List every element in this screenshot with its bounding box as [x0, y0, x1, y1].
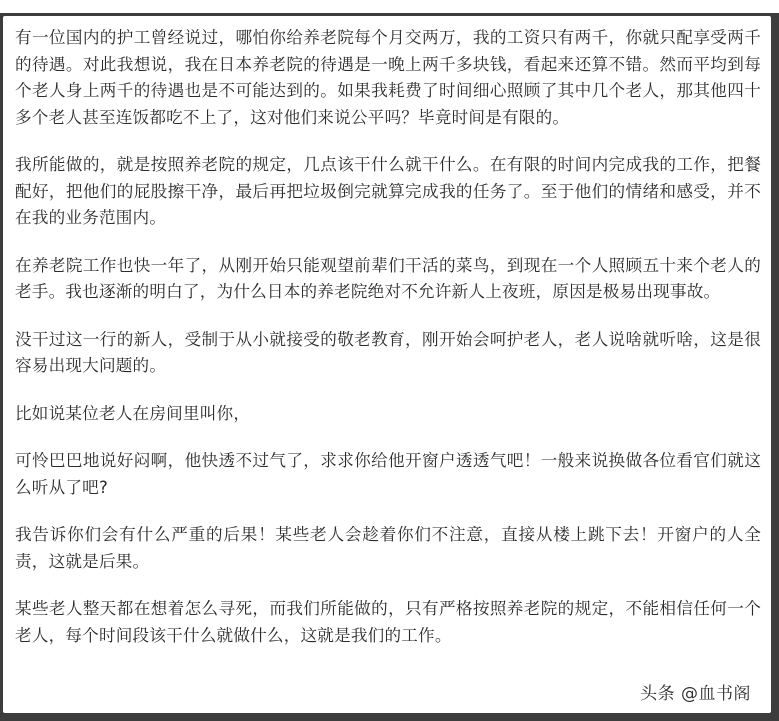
- paragraph-6: 可怜巴巴地说好闷啊，他快透不过气了，求求你给他开窗户透透气吧！一般来说换做各位看…: [15, 448, 761, 501]
- image-frame: 有一位国内的护工曾经说过，哪怕你给养老院每个月交两万，我的工资只有两千，你就只配…: [0, 13, 779, 721]
- paragraph-2: 我所能做的，就是按照养老院的规定，几点该干什么就干什么。在有限的时间内完成我的工…: [15, 152, 761, 232]
- text-panel: 有一位国内的护工曾经说过，哪怕你给养老院每个月交两万，我的工资只有两千，你就只配…: [3, 16, 771, 713]
- paragraph-7: 我告诉你们会有什么严重的后果！某些老人会趁着你们不注意，直接从楼上跳下去！开窗户…: [15, 522, 761, 575]
- paragraph-1: 有一位国内的护工曾经说过，哪怕你给养老院每个月交两万，我的工资只有两千，你就只配…: [15, 25, 761, 131]
- paragraph-5: 比如说某位老人在房间里叫你，: [15, 401, 761, 428]
- paragraph-8: 某些老人整天都在想着怎么寻死，而我们所能做的，只有严格按照养老院的规定，不能相信…: [15, 596, 761, 649]
- paragraph-4: 没干过这一行的新人，受制于从小就接受的敬老教育，刚开始会呵护老人，老人说啥就听啥…: [15, 327, 761, 380]
- source-watermark: 头条 @血书阁: [640, 679, 751, 704]
- paragraph-3: 在养老院工作也快一年了，从刚开始只能观望前辈们干活的菜鸟，到现在一个人照顾五十来…: [15, 253, 761, 306]
- article-body: 有一位国内的护工曾经说过，哪怕你给养老院每个月交两万，我的工资只有两千，你就只配…: [15, 25, 761, 670]
